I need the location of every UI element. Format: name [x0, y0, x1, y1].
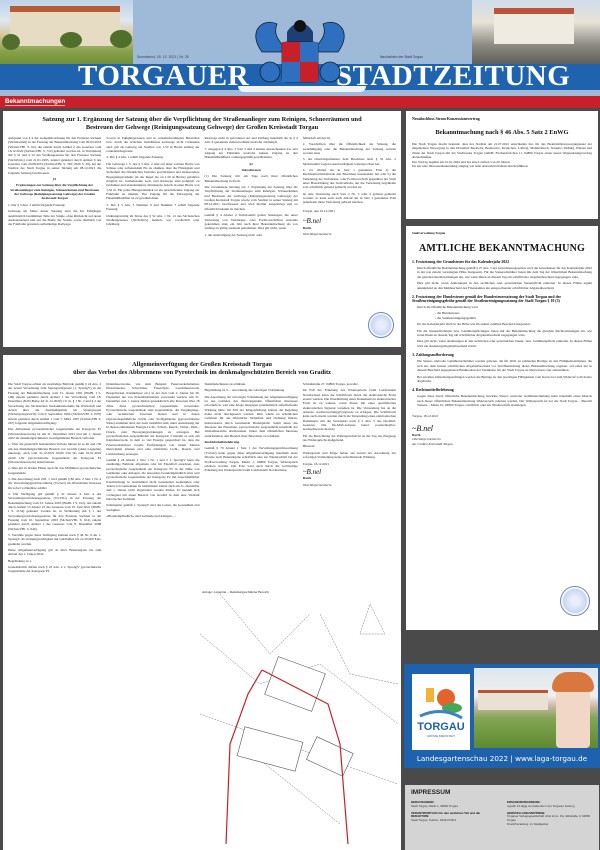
article-columns: Aufgrund von § 4 der Gemeindeordnung für… [8, 136, 396, 346]
tree-shape [110, 30, 132, 48]
paragraph: Im Fall der Erhebung des Widerspruchs be… [303, 388, 396, 431]
paragraph: Die Anordnung der sofortigen Vollziehung… [205, 395, 298, 438]
frequency-value: regulär 14-tägig sonnabends in der Torga… [507, 804, 574, 808]
column-2: (Kleinfeuerwerke, wie zum Beispiel Feuer… [106, 382, 199, 850]
paragraph: Begründung zu 3. – Anordnung der soforti… [205, 388, 298, 392]
paragraph: Die vorstehende Satzung zur 1. Ergänzung… [205, 185, 298, 211]
article-title-line: Allgemeinverfügung der Großen Kreisstadt… [3, 361, 401, 369]
paragraph: 3. Der § 5 Abs. 3 Nummer 6 und Nummer 7 … [106, 203, 199, 212]
paragraph: Für die Steuerpflichtigen bzw. Gebührenp… [417, 329, 592, 338]
notice-title: Bekanntmachung nach § 46 Abs. 5 Satz 2 E… [412, 129, 592, 136]
issue-date: Sonnabend, 18. 12. 2021 | Nr. 25 [137, 55, 189, 59]
paragraph: Dies gilt nicht, wenn Änderungen in den … [417, 281, 592, 290]
paragraph: 2. Der § 4 Abs. 1 erhält folgende Fassun… [106, 155, 199, 159]
paragraph: 1. die Ausfertigung der Satzung nicht od… [205, 233, 298, 237]
section-bar [0, 96, 600, 108]
paragraph: (Kleinfeuerwerke, wie zum Beispiel Feuer… [106, 382, 199, 456]
tree-shape [2, 34, 20, 50]
section-heading: 2. Festsetzung der Hundesteuer gemäß der… [412, 295, 592, 303]
paragraph: Aufgrund von § 4 der Gemeindeordnung für… [8, 136, 101, 175]
paragraph: Begründung zu 1. [8, 559, 101, 563]
distribution-note: Druck/Verteilung: im Stadtgebiet [507, 822, 548, 826]
paragraph: 1. Über die gesetzlich bestehenden Verbo… [8, 442, 101, 464]
impressum-grid: HERAUSGEBER: Stadt Torgau, Markt 1, 0486… [411, 801, 593, 826]
paragraph: 4. Die Verfügung gilt gemäß § 41 Absatz … [8, 492, 101, 531]
signer-role: Oberbürgermeisterin [303, 483, 396, 487]
signer-name: Barth [303, 476, 396, 480]
paragraph: Ist eine Verletzung nach Satz 2 Nr. 3 od… [303, 192, 396, 205]
paragraph: 3. der Oberbürgermeister dem Beschluss n… [303, 157, 396, 166]
column-4: fehlerhaft erfolgt ist, 2. Vorschriften … [303, 136, 396, 346]
article-title-line: Satzung zur 1. Ergänzung der Satzung übe… [3, 116, 401, 124]
paragraph: 2. Vorschriften über die Öffentlichkeit … [303, 142, 396, 155]
column-2: Soweit in Fußgängerzonen und in verkehrs… [106, 136, 199, 346]
impressum-title: IMPRESSUM [411, 789, 593, 796]
paragraph: fehlerhaft erfolgt ist, [303, 136, 396, 140]
paragraph: Ordnungswidrig im Sinne des § 52 Abs. 1 … [106, 214, 199, 227]
section-heading: Ergänzungen zur Satzung über die Verpfli… [8, 183, 101, 200]
paragraph: Soweit in Fußgängerzonen und in verkehrs… [106, 136, 199, 153]
tagline: Nachrichten der Stadt Torgau [380, 55, 423, 59]
notice-konzessionsvertrag: Neuabschluss Strom-Konzessionsvertrag Be… [406, 111, 598, 219]
paragraph: Schloßstraße 27, 04860 Torgau, gewahrt. [303, 382, 396, 386]
date-line: Torgau, den 16.12.2021 [303, 209, 396, 213]
tree-shape [60, 32, 82, 48]
paragraph: Widerspruch und Klage haben auf Grund de… [303, 451, 396, 460]
signature-scribble: ~B.nel [303, 470, 396, 474]
official-seal-icon [368, 312, 394, 338]
section-heading: Rechtsbehelfsbelehrung [205, 440, 298, 444]
paragraph: Bei erteilten Abbuchungsaufträgen werden… [417, 375, 592, 384]
paragraph: Die Stadt Torgau macht bekannt, dass der… [412, 142, 592, 160]
paragraph: Für die Berechnung der Widerspruchsfrist… [303, 434, 396, 443]
section-heading: §2 [205, 162, 298, 166]
castle-building [478, 690, 548, 710]
paragraph: Diese Allgemeinverfügung gilt ab ihrer B… [8, 548, 101, 557]
notice-kicker: Stadtverwaltung Torgau [412, 231, 592, 235]
paragraph: 5. Verstöße gegen diese Verfügung können… [8, 533, 101, 546]
section-heading: 3. Zahlungsaufforderung [412, 353, 592, 357]
article-title-line: Bestreuen der Gehwege (Reinigungssatzung… [3, 124, 401, 132]
column-1: Aufgrund von § 4 der Gemeindeordnung für… [8, 136, 101, 346]
paragraph: Durch öffentliche Bekanntmachung gemäß §… [417, 266, 592, 279]
paragraph: Gegen diese durch öffentliche Bekanntmac… [417, 394, 592, 407]
site-plan-map-icon [200, 594, 398, 844]
paragraph: »Brandempfindlich« sind Gebäude und Anla… [106, 514, 199, 518]
paragraph: Durch die öffentliche Bekanntmachung wir… [417, 305, 592, 309]
official-seal-icon [560, 586, 590, 616]
coat-of-arms-icon [242, 12, 358, 90]
section-heading: 1. Festsetzung der Grundsteuer für das K… [412, 260, 592, 264]
svg-text:GROSSE KREISSTADT: GROSSE KREISSTADT [427, 734, 455, 738]
signature-scribble: ~B.nel [412, 424, 592, 433]
section-heading: 4. Rechtsmittelbelehrung [412, 388, 592, 392]
publisher-value: Stadt Torgau, Markt 1, 04860 Torgau [411, 804, 458, 808]
paragraph: Schutzgüter gemäß 1. SprengV sind das Le… [106, 503, 199, 512]
article-title-line: über das Verbot des Abbrennens von Pyrot… [3, 369, 401, 377]
article-title: Allgemeinverfügung der Großen Kreisstadt… [3, 361, 401, 377]
paragraph: Die Gehwege i. S. des § 3 Abs. 2 sind au… [106, 162, 199, 201]
signer-role: Oberbürgermeisterin [303, 232, 396, 236]
paragraph: 7. entgegen § 4 Abs. 3 Satz 3 und 4 kein… [205, 147, 298, 160]
column-3: Radwege nicht in geforderter Art und Umf… [205, 136, 298, 346]
list-item: - die Straßenreinigungsgebühr [417, 316, 592, 320]
signer-org: der Großen Kreisstadt Torgau [412, 442, 592, 446]
paragraph: für das Kalenderjahr 2022 in der Höhe wi… [417, 322, 592, 326]
signature-scribble: ~B.nel [303, 219, 396, 223]
paragraph: 4. vor Ablauf der in Satz 1 genannten Fr… [303, 168, 396, 190]
paragraph: Dies gilt nicht, wenn Änderungen in den … [417, 339, 592, 348]
section-label: Bekanntmachungen [5, 98, 65, 106]
ad-caption-link[interactable]: Landesgartenschau 2022 | www.laga-torgau… [404, 750, 600, 768]
article-reinigungssatzung: Satzung zur 1. Ergänzung der Satzung übe… [3, 111, 401, 347]
hair-shape [552, 672, 594, 692]
paragraph: Grundsätzlich dürfen nach § 23 Abs. 2 1.… [8, 565, 101, 574]
paragraph: Hinweis: [303, 444, 396, 448]
paragraph: Radwege nicht in geforderter Art und Umf… [205, 136, 298, 145]
advertisement-laga[interactable]: TORGAU GROSSE KREISSTADT Landesgartensch… [404, 664, 600, 768]
paragraph: Denkmalschutzes zu schützen. [205, 382, 298, 386]
svg-text:TORGAU: TORGAU [417, 721, 465, 733]
date-line: Torgau, 18.12.2021 [412, 414, 592, 418]
impressum-box: IMPRESSUM HERAUSGEBER: Stadt Torgau, Mar… [405, 785, 599, 850]
paragraph: Gemäß § 70 Absatz 1 Satz 1 der Verwaltun… [205, 446, 298, 472]
notice-title: AMTLICHE BEKANNTMACHUNG [412, 243, 592, 254]
town-square-photo [472, 0, 600, 64]
column-1: Die Stadt Torgau erlässt als zuständige … [8, 382, 101, 850]
paragraph: Da nur eine Interessenbekundung einging … [412, 164, 592, 168]
paragraph: Gemäß § 4 Absatz 4 SächsGemO gelten Satz… [205, 213, 298, 230]
laga-logo: TORGAU GROSSE KREISSTADT [412, 674, 470, 750]
paragraph: Die Stadt Torgau erlässt als zuständige … [8, 382, 101, 425]
responsible-value: Stadt Torgau, Telefon: 03421/748-0 [411, 818, 456, 822]
notice-amtliche-bekanntmachung: Stadtverwaltung Torgau AMTLICHE BEKANNTM… [406, 226, 598, 630]
paragraph: Das Abbrennen pyrotechnischer Gegenständ… [8, 427, 101, 440]
map-attachment: Anlage: Lageplan – Denkmalgeschützter Be… [200, 588, 398, 850]
castle-photo [0, 0, 133, 68]
paragraph: (1) Die Satzung tritt am Tage nach ihrer… [205, 174, 298, 183]
paragraph: Die Steuer- und/oder Gebührenschuldner w… [417, 359, 592, 372]
signer-name: Barth [303, 226, 396, 230]
title-stadtzeitung: STADTZEITUNG [336, 61, 570, 91]
paragraph: 1. Der § 3 Abs. 2 erhält folgende Fassun… [8, 203, 101, 207]
article-title: Satzung zur 1. Ergänzung der Satzung übe… [3, 116, 401, 132]
masthead: Sonnabend, 18. 12. 2021 | Nr. 25 Nachric… [0, 0, 600, 96]
date-line: Torgau, 16.12.2021 [303, 462, 396, 466]
ad-photo-girl-castle [474, 668, 598, 748]
paragraph: 2. Dies gilt in beiden Fällen auch für d… [8, 466, 101, 475]
title-torgauer: TORGAUER [78, 61, 249, 91]
flower-logo-icon: TORGAU GROSSE KREISSTADT [412, 674, 470, 750]
paragraph: Gehwege im Sinne dieser Satzung sind die… [8, 209, 101, 226]
notice-kicker: Neuabschluss Strom-Konzessionsvertrag [412, 117, 592, 121]
town-hall-building [494, 8, 574, 44]
paragraph: Gemäß § 24 Absatz 2 Satz 1 Nr. 1 und 2 1… [106, 458, 199, 501]
paragraph: 3. Die Anordnung nach Ziff. 1 wird gemäß… [8, 477, 101, 490]
section-heading: Inkrafttreten [205, 168, 298, 172]
section-heading: §1 [8, 177, 101, 181]
